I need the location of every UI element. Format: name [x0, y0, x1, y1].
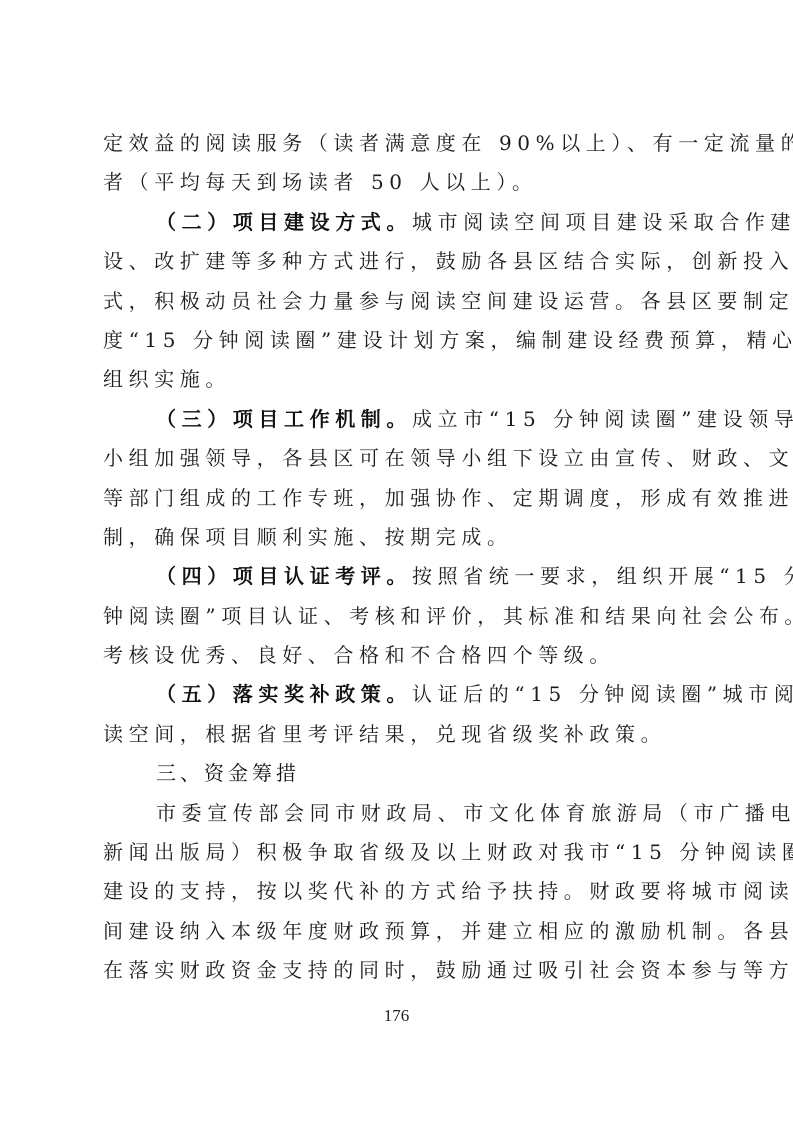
section-heading-funding-line: 三、资金筹措 — [103, 754, 691, 793]
text-line-19: 新闻出版局）积极争取省级及以上财政对我市“15 分钟阅读圈” — [103, 833, 691, 872]
section-2-line: （二）项目建设方式。城市阅读空间项目建设采取合作建 — [103, 203, 691, 242]
text-line-4: 设、改扩建等多种方式进行，鼓励各县区结合实际，创新投入方 — [103, 242, 691, 281]
line-text: 间建设纳入本级年度财政预算，并建立相应的激励机制。各县区 — [103, 919, 793, 943]
line-text: 设、改扩建等多种方式进行，鼓励各县区结合实际，创新投入方 — [103, 249, 793, 273]
line-text: 度“15 分钟阅读圈”建设计划方案，编制建设经费预算，精心 — [103, 328, 793, 352]
line-text: 成立市“15 分钟阅读圈”建设领导 — [412, 407, 793, 431]
line-text: 按照省统一要求，组织开展“15 分 — [412, 564, 793, 588]
line-text: 建设的支持，按以奖代补的方式给予扶持。财政要将城市阅读空 — [103, 879, 793, 903]
document-body: 定效益的阅读服务（读者满意度在 90%以上）、有一定流量的读 者（平均每天到场读… — [103, 124, 691, 991]
section-4-line: （四）项目认证考评。按照省统一要求，组织开展“15 分 — [103, 557, 691, 596]
line-text: 读空间，根据省里考评结果，兑现省级奖补政策。 — [103, 722, 666, 746]
line-text: 城市阅读空间项目建设采取合作建 — [412, 210, 793, 234]
section-3-line: （三）项目工作机制。成立市“15 分钟阅读圈”建设领导 — [103, 400, 691, 439]
text-line-14: 考核设优秀、良好、合格和不合格四个等级。 — [103, 636, 691, 675]
line-text: 等部门组成的工作专班，加强协作、定期调度，形成有效推进机 — [103, 486, 793, 510]
line-text: 式，积极动员社会力量参与阅读空间建设运营。各县区要制定年 — [103, 289, 793, 313]
line-text: 制，确保项目顺利实施、按期完成。 — [103, 525, 513, 549]
section-5-line: （五）落实奖补政策。认证后的“15 分钟阅读圈”城市阅 — [103, 675, 691, 714]
text-line-9: 小组加强领导，各县区可在领导小组下设立由宣传、财政、文旅 — [103, 439, 691, 478]
text-line-6: 度“15 分钟阅读圈”建设计划方案，编制建设经费预算，精心 — [103, 321, 691, 360]
text-line-2: 者（平均每天到场读者 50 人以上）。 — [103, 163, 691, 202]
text-line-13: 钟阅读圈”项目认证、考核和评价，其标准和结果向社会公布。 — [103, 597, 691, 636]
line-text: 认证后的“15 分钟阅读圈”城市阅 — [412, 682, 793, 706]
line-text: 新闻出版局）积极争取省级及以上财政对我市“15 分钟阅读圈” — [103, 840, 793, 864]
text-line-10: 等部门组成的工作专班，加强协作、定期调度，形成有效推进机 — [103, 479, 691, 518]
text-line-18: 市委宣传部会同市财政局、市文化体育旅游局（市广播电视 — [103, 794, 691, 833]
line-text: 在落实财政资金支持的同时，鼓励通过吸引社会资本参与等方 — [103, 958, 793, 982]
section-heading-project-construction: （二）项目建设方式。 — [156, 210, 412, 234]
text-line-5: 式，积极动员社会力量参与阅读空间建设运营。各县区要制定年 — [103, 282, 691, 321]
line-text: 组织实施。 — [103, 367, 231, 391]
line-text: 者（平均每天到场读者 50 人以上）。 — [103, 170, 538, 194]
line-text: 小组加强领导，各县区可在领导小组下设立由宣传、财政、文旅 — [103, 446, 793, 470]
text-line-11: 制，确保项目顺利实施、按期完成。 — [103, 518, 691, 557]
page-number: 176 — [0, 1006, 793, 1026]
document-page: 定效益的阅读服务（读者满意度在 90%以上）、有一定流量的读 者（平均每天到场读… — [0, 0, 793, 1122]
text-line-22: 在落实财政资金支持的同时，鼓励通过吸引社会资本参与等方 — [103, 951, 691, 990]
text-line-7: 组织实施。 — [103, 360, 691, 399]
text-line-20: 建设的支持，按以奖代补的方式给予扶持。财政要将城市阅读空 — [103, 872, 691, 911]
section-heading-funding: 三、资金筹措 — [156, 761, 300, 785]
line-text: 市委宣传部会同市财政局、市文化体育旅游局（市广播电视 — [156, 801, 793, 825]
text-line-21: 间建设纳入本级年度财政预算，并建立相应的激励机制。各县区 — [103, 912, 691, 951]
line-text: 定效益的阅读服务（读者满意度在 90%以上）、有一定流量的读 — [103, 131, 793, 155]
line-text: 考核设优秀、良好、合格和不合格四个等级。 — [103, 643, 615, 667]
text-line-1: 定效益的阅读服务（读者满意度在 90%以上）、有一定流量的读 — [103, 124, 691, 163]
section-heading-certification: （四）项目认证考评。 — [156, 564, 412, 588]
text-line-16: 读空间，根据省里考评结果，兑现省级奖补政策。 — [103, 715, 691, 754]
section-heading-work-mechanism: （三）项目工作机制。 — [156, 407, 412, 431]
line-text: 钟阅读圈”项目认证、考核和评价，其标准和结果向社会公布。 — [103, 604, 793, 628]
section-heading-subsidy-policy: （五）落实奖补政策。 — [156, 682, 412, 706]
